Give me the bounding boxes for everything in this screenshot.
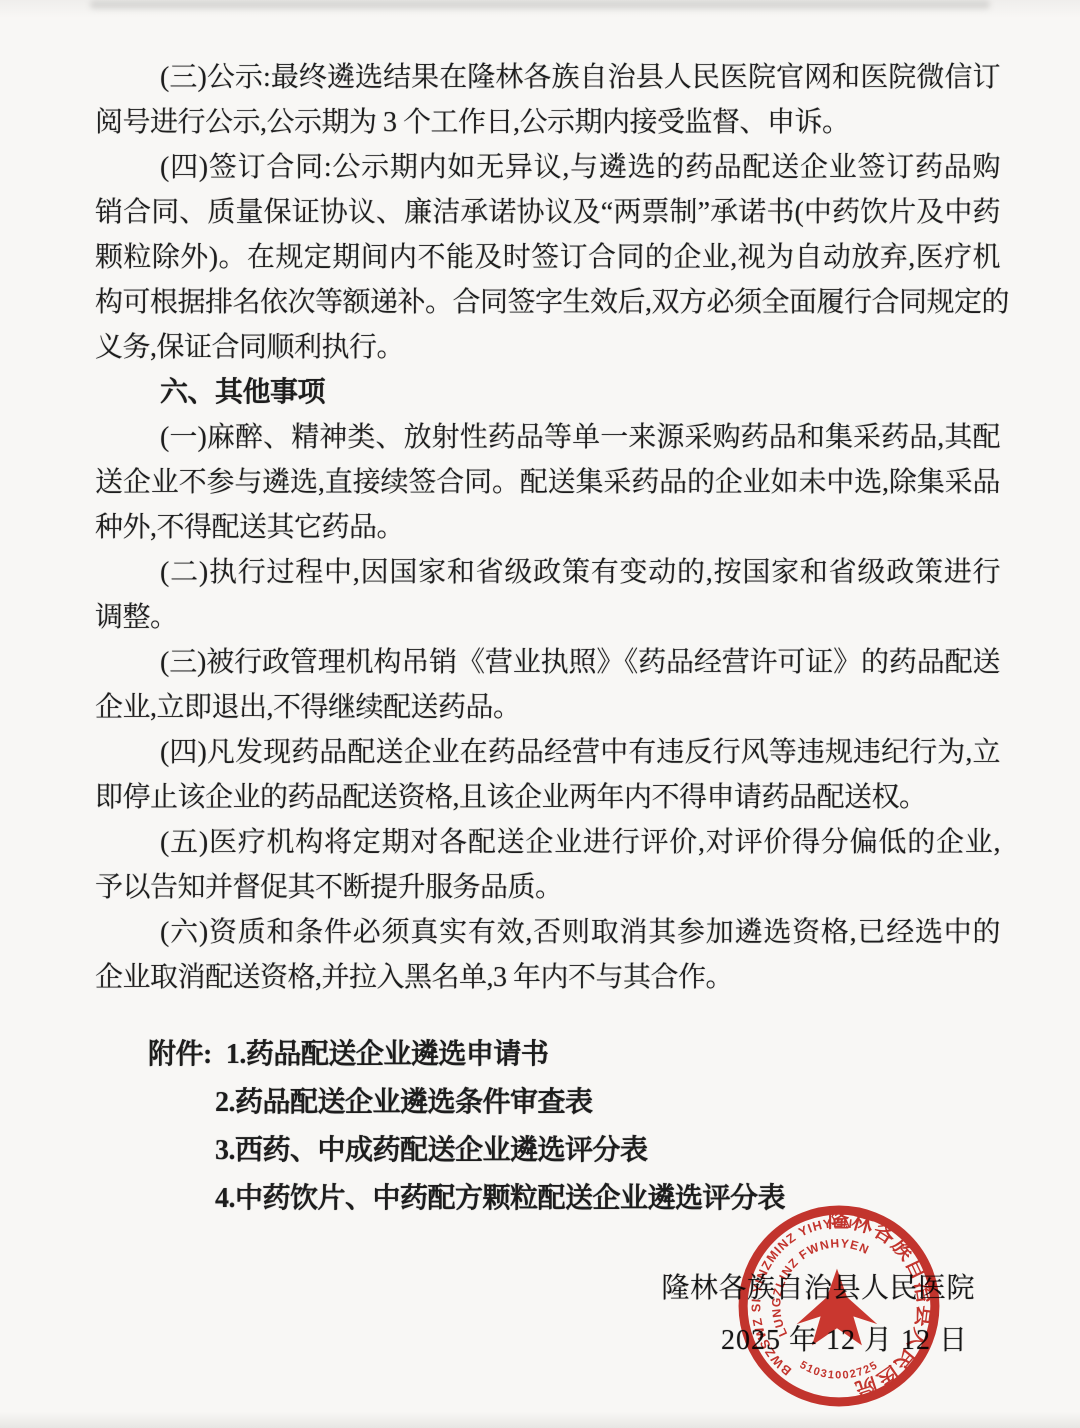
paragraph-line: 企业取消配送资格,并拉入黑名单,3 年内不与其合作。 bbox=[95, 955, 1000, 1000]
scanned-document-page: (三)公示:最终遴选结果在隆林各族自治县人民医院官网和医院微信订 阅号进行公示,… bbox=[0, 0, 1080, 1428]
paragraph-line: (四)凡发现药品配送企业在药品经营中有违反行风等违规违纪行为,立 bbox=[95, 730, 1000, 775]
paragraph-line: 调整。 bbox=[95, 595, 1000, 640]
paragraph-line: 销合同、质量保证协议、廉洁承诺协议及“两票制”承诺书(中药饮片及中药 bbox=[95, 190, 1000, 235]
scan-artifact-top bbox=[90, 0, 990, 9]
paragraph-line: 种外,不得配送其它药品。 bbox=[95, 505, 1000, 550]
paragraph-line: 义务,保证合同顺利执行。 bbox=[95, 325, 1000, 370]
paragraph-line: 颗粒除外)。在规定期间内不能及时签订合同的企业,视为自动放弃,医疗机 bbox=[95, 235, 1000, 280]
attachments-label: 附件: bbox=[148, 1039, 212, 1070]
paragraph-line: (二)执行过程中,因国家和省级政策有变动的,按国家和省级政策进行 bbox=[95, 550, 1000, 595]
paragraph-line: (六)资质和条件必须真实有效,否则取消其参加遴选资格,已经选中的 bbox=[95, 910, 1000, 955]
attachment-item: 3.西药、中成药配送企业遴选评分表 bbox=[95, 1127, 1000, 1175]
star-icon bbox=[797, 1269, 878, 1346]
paragraph-line: 送企业不参与遴选,直接续签合同。配送集采药品的企业如未中选,除集采品 bbox=[95, 460, 1000, 505]
paragraph-line: 即停止该企业的药品配送资格,且该企业两年内不得申请药品配送权。 bbox=[95, 775, 1000, 820]
paragraph-line: (一)麻醉、精神类、放射性药品等单一来源采购药品和集采药品,其配 bbox=[95, 415, 1000, 460]
paragraph-line: (三)被行政管理机构吊销《营业执照》《药品经营许可证》的药品配送 bbox=[95, 640, 1000, 685]
document-body: (三)公示:最终遴选结果在隆林各族自治县人民医院官网和医院微信订 阅号进行公示,… bbox=[95, 55, 1000, 1223]
attachment-item-text: 1.药品配送企业遴选申请书 bbox=[226, 1039, 549, 1070]
paragraph-line: 企业,立即退出,不得继续配送药品。 bbox=[95, 685, 1000, 730]
paragraph-line: (三)公示:最终遴选结果在隆林各族自治县人民医院官网和医院微信订 bbox=[95, 55, 1000, 100]
section-heading: 六、其他事项 bbox=[95, 370, 1000, 415]
attachment-item: 2.药品配送企业遴选条件审查表 bbox=[95, 1079, 1000, 1127]
paragraph-line: (四)签订合同:公示期内如无异议,与遴选的药品配送企业签订药品购 bbox=[95, 145, 1000, 190]
paragraph-line: 构可根据排名依次等额递补。合同签字生效后,双方必须全面履行合同规定的 bbox=[95, 280, 1000, 325]
official-seal: BWZSWZ SI YINZMINZ YIHYEN 隆林各族自治县人民医院 LU… bbox=[733, 1200, 945, 1412]
paragraph-line: 阅号进行公示,公示期为 3 个工作日,公示期内接受监督、申诉。 bbox=[95, 100, 1000, 145]
attachment-item: 附件:1.药品配送企业遴选申请书 bbox=[95, 1031, 1000, 1079]
paragraph-line: (五)医疗机构将定期对各配送企业进行评价,对评价得分偏低的企业, bbox=[95, 820, 1000, 865]
paragraph-line: 予以告知并督促其不断提升服务品质。 bbox=[95, 865, 1000, 910]
attachments-list: 附件:1.药品配送企业遴选申请书 2.药品配送企业遴选条件审查表 3.西药、中成… bbox=[95, 1031, 1000, 1223]
